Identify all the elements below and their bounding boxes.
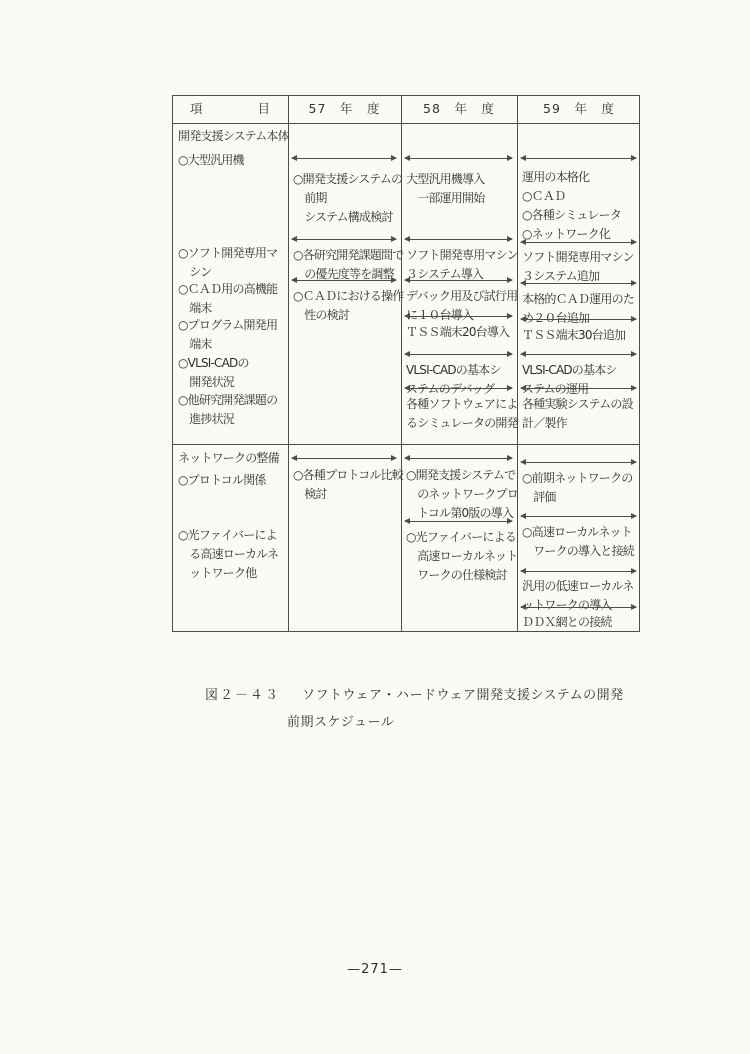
- gantt-arrow: [292, 158, 396, 159]
- task-entry: ○前期ネットワークの 評価: [522, 469, 632, 507]
- task-entry: 大型汎用機導入 一部運用開始: [406, 170, 484, 208]
- task-entry: 本格的ＣＡＤ運用のた め２０台追加: [522, 290, 634, 328]
- table-header-border: [173, 123, 639, 124]
- gantt-arrow: [521, 158, 636, 159]
- gantt-arrow: [521, 242, 636, 243]
- gantt-arrow: [292, 458, 396, 459]
- schedule-table: 項 目 57 年 度 58 年 度 59 年 度 開発支援システム本体○大型汎用…: [172, 95, 640, 632]
- caption-figure-label: 図２－４３: [205, 688, 280, 703]
- task-entry: ＴＳＳ端末30台追加: [522, 326, 625, 345]
- document-page: 項 目 57 年 度 58 年 度 59 年 度 開発支援システム本体○大型汎用…: [0, 0, 750, 1054]
- gantt-arrow: [292, 239, 396, 240]
- gantt-arrow: [405, 388, 512, 389]
- gantt-arrow: [405, 354, 512, 355]
- gantt-arrow: [405, 316, 512, 317]
- item-label: ○プログラム開発用 端末: [178, 316, 277, 354]
- item-label: ○光ファイバーによ る高速ローカルネ ットワーク他: [178, 526, 278, 583]
- task-entry: ○ＣＡＤにおける操作 性の検討: [293, 287, 403, 325]
- task-entry: ○光ファイバーによる 高速ローカルネット ワークの仕様検討: [406, 528, 517, 585]
- item-label: ○ソフト開発専用マ シン: [178, 244, 277, 282]
- gantt-arrow: [292, 280, 396, 281]
- task-entry: VLSI-CADの基本シ ステムの運用: [522, 361, 617, 399]
- table-header-fy57: 57 年 度: [288, 96, 401, 123]
- task-entry: 汎用の低速ローカルネ ットワークの導入: [522, 577, 633, 615]
- gantt-arrow: [405, 239, 512, 240]
- table-section-border: [173, 444, 639, 445]
- gantt-arrow: [521, 462, 636, 463]
- item-label: ○大型汎用機: [178, 151, 244, 170]
- gantt-arrow: [405, 458, 512, 459]
- task-entry: ソフト開発専用マシン ３システム追加: [522, 248, 634, 286]
- table-column-border-1: [288, 96, 289, 631]
- task-entry: ソフト開発専用マシン ３システム導入: [406, 246, 518, 284]
- task-entry: 各種実験システムの設 計／製作: [522, 395, 633, 433]
- gantt-arrow: [521, 607, 636, 608]
- task-entry: ○高速ローカルネット ワークの導入と接続: [522, 523, 634, 561]
- caption-title: ソフトウェア・ハードウェア開発支援システムの開発: [302, 688, 624, 703]
- item-label: ○VLSI-CADの 開発状況: [178, 354, 249, 392]
- table-header-item: 項 目: [173, 96, 288, 123]
- gantt-arrow: [405, 280, 512, 281]
- item-label: ネットワークの整備: [178, 449, 279, 468]
- gantt-arrow: [521, 516, 636, 517]
- table-header-fy58: 58 年 度: [401, 96, 517, 123]
- table-header-fy59: 59 年 度: [517, 96, 641, 123]
- task-entry: 運用の本格化 ○ＣＡＤ ○各種シミュレータ ○ネットワーク化: [522, 168, 621, 244]
- caption-subtitle: 前期スケジュール: [287, 709, 624, 736]
- task-entry: デバック用及び試行用 に１０台導入: [406, 287, 517, 325]
- gantt-arrow: [521, 571, 636, 572]
- task-entry: 各種ソフトウェアによ るシミュレータの開発: [406, 395, 518, 433]
- gantt-arrow: [521, 283, 636, 284]
- gantt-arrow: [521, 354, 636, 355]
- gantt-arrow: [521, 388, 636, 389]
- task-entry: ＤＤＸ網との接続: [522, 613, 612, 632]
- page-number: —271—: [0, 962, 750, 977]
- task-entry: ＴＳＳ端末20台導入: [406, 323, 509, 342]
- item-label: ○ＣＡＤ用の高機能 端末: [178, 280, 277, 318]
- item-label: 開発支援システム本体: [178, 127, 289, 146]
- task-entry: ○開発支援システムで のネットワークプロ トコル第0版の導入: [406, 466, 518, 523]
- item-label: ○他研究開発課題の 進捗状況: [178, 391, 277, 429]
- gantt-arrow: [405, 521, 512, 522]
- task-entry: ○各種プロトコル比較 検討: [293, 466, 403, 504]
- gantt-arrow: [521, 319, 636, 320]
- figure-caption: 図２－４３ソフトウェア・ハードウェア開発支援システムの開発 前期スケジュール: [205, 682, 624, 736]
- gantt-arrow: [405, 158, 512, 159]
- item-label: ○プロトコル関係: [178, 471, 266, 490]
- caption-line1: 図２－４３ソフトウェア・ハードウェア開発支援システムの開発: [205, 682, 624, 709]
- task-entry: VLSI-CADの基本シ ステムのデバッグ: [406, 361, 501, 399]
- task-entry: ○開発支援システムの 前期 システム構成検討: [293, 170, 402, 227]
- task-entry: ○各研究開発課題間で の優先度等を調整: [293, 246, 403, 284]
